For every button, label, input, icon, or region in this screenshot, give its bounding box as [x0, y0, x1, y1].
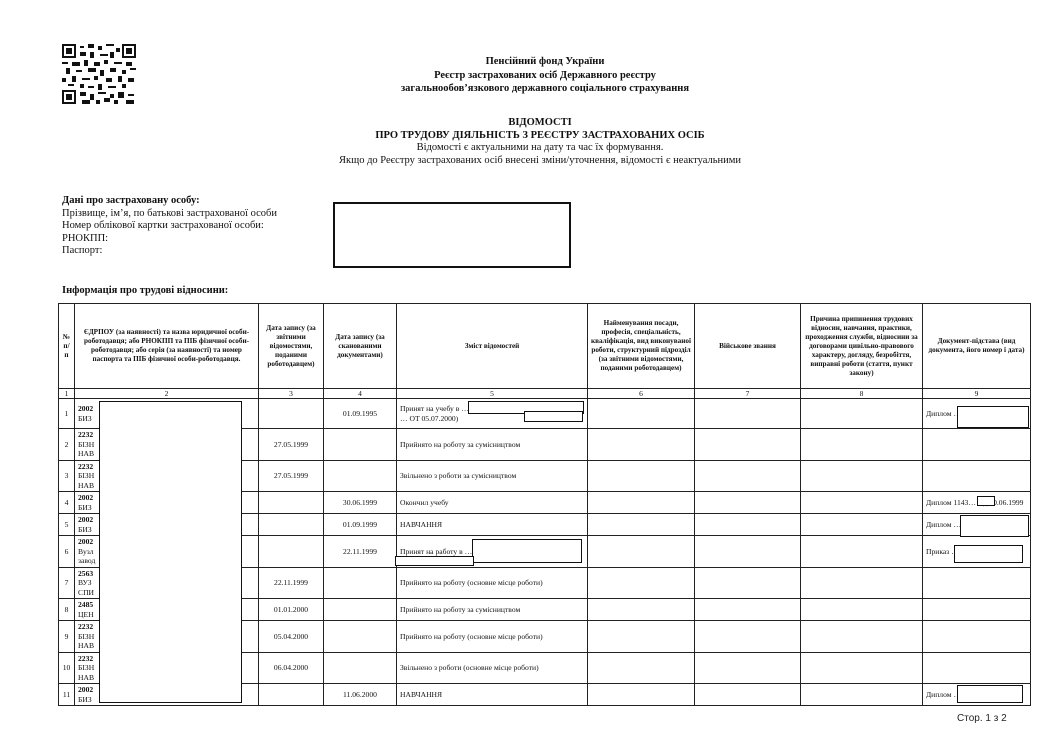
cell-position	[588, 567, 695, 599]
cell-basis-document	[923, 460, 1031, 492]
cell-date-scan	[324, 460, 397, 492]
cell-military-rank	[695, 492, 801, 514]
cell-position	[588, 652, 695, 684]
label-account-number: Номер облікової картки застрахованої осо…	[62, 220, 277, 233]
redaction-row5-doc	[960, 515, 1029, 537]
cell-content: НАВЧАННЯ	[397, 514, 588, 536]
redaction-row4-doc	[977, 496, 995, 506]
cell-number: 11	[59, 684, 75, 706]
cell-position	[588, 429, 695, 461]
col-header-termination-reason: Причина припинення трудових відносин, на…	[801, 304, 923, 389]
redaction-row1-doc	[957, 406, 1029, 428]
cell-position	[588, 621, 695, 653]
cell-termination-reason	[801, 652, 923, 684]
cell-military-rank	[695, 429, 801, 461]
cell-date-report: 27.05.1999	[259, 460, 324, 492]
cell-date-scan: 30.06.1999	[324, 492, 397, 514]
cell-number: 6	[59, 536, 75, 568]
page-number: Стор. 1 з 2	[957, 713, 1007, 724]
document-title: ВІДОМОСТІ	[250, 117, 830, 130]
cell-date-report: 06.04.2000	[259, 652, 324, 684]
cell-basis-document	[923, 429, 1031, 461]
document-subtitle: ПРО ТРУДОВУ ДІЯЛЬНІСТЬ З РЕЄСТРУ ЗАСТРАХ…	[250, 130, 830, 143]
col-num: 8	[801, 389, 923, 399]
org-line-3: загальнообов’язкового державного соціаль…	[300, 82, 790, 96]
cell-basis-document	[923, 652, 1031, 684]
cell-content: Прийнято на роботу за сумісництвом	[397, 429, 588, 461]
col-header-position: Найменування посади, професія, спеціальн…	[588, 304, 695, 389]
cell-military-rank	[695, 536, 801, 568]
redaction-row11-doc	[957, 685, 1023, 703]
cell-date-report	[259, 684, 324, 706]
cell-date-report	[259, 399, 324, 429]
cell-termination-reason	[801, 460, 923, 492]
cell-content: Прийнято на роботу за сумісництвом	[397, 599, 588, 621]
col-num: 6	[588, 389, 695, 399]
col-num: 7	[695, 389, 801, 399]
qr-code-icon	[62, 44, 136, 104]
cell-date-scan: 01.09.1999	[324, 514, 397, 536]
cell-basis-document	[923, 599, 1031, 621]
cell-military-rank	[695, 460, 801, 492]
cell-content: НАВЧАННЯ	[397, 684, 588, 706]
cell-content: Звільнено з роботи (основне місце роботи…	[397, 652, 588, 684]
cell-position	[588, 514, 695, 536]
label-tax-id: РНОКПП:	[62, 233, 277, 246]
cell-position	[588, 599, 695, 621]
cell-content: Звільнено з роботи за сумісництвом	[397, 460, 588, 492]
insured-person-heading: Дані про застраховану особу:	[62, 195, 277, 208]
cell-termination-reason	[801, 621, 923, 653]
cell-date-report: 01.01.2000	[259, 599, 324, 621]
table-header-row: № п/п ЄДРПОУ (за наявності) та назва юри…	[59, 304, 1031, 389]
cell-military-rank	[695, 621, 801, 653]
cell-number: 8	[59, 599, 75, 621]
cell-date-scan	[324, 429, 397, 461]
cell-termination-reason	[801, 514, 923, 536]
cell-position	[588, 492, 695, 514]
cell-position	[588, 399, 695, 429]
cell-termination-reason	[801, 536, 923, 568]
cell-position	[588, 536, 695, 568]
col-header-date-report: Дата запису (за звітними відомостями, по…	[259, 304, 324, 389]
col-header-date-scan: Дата запису (за сканованими документами)	[324, 304, 397, 389]
label-full-name: Прізвище, ім’я, по батькові застраховано…	[62, 208, 277, 221]
insured-person-section: Дані про застраховану особу: Прізвище, і…	[62, 195, 277, 258]
col-num: 9	[923, 389, 1031, 399]
cell-date-scan: 01.09.1995	[324, 399, 397, 429]
cell-number: 7	[59, 567, 75, 599]
cell-date-report	[259, 492, 324, 514]
col-header-basis-document: Документ-підстава (вид документа, його н…	[923, 304, 1031, 389]
cell-number: 10	[59, 652, 75, 684]
column-number-row: 1 2 3 4 5 6 7 8 9	[59, 389, 1031, 399]
cell-basis-document	[923, 621, 1031, 653]
cell-termination-reason	[801, 599, 923, 621]
cell-military-rank	[695, 514, 801, 536]
cell-number: 5	[59, 514, 75, 536]
redaction-employer-column	[99, 401, 242, 703]
cell-military-rank	[695, 599, 801, 621]
cell-date-scan: 11.06.2000	[324, 684, 397, 706]
col-header-military-rank: Військове звання	[695, 304, 801, 389]
cell-date-report	[259, 536, 324, 568]
col-num: 2	[75, 389, 259, 399]
cell-date-scan: 22.11.1999	[324, 536, 397, 568]
label-passport: Паспорт:	[62, 245, 277, 258]
redaction-row1-content-b	[524, 411, 583, 422]
cell-date-scan	[324, 599, 397, 621]
col-num: 4	[324, 389, 397, 399]
col-num: 5	[397, 389, 588, 399]
col-num: 3	[259, 389, 324, 399]
cell-basis-document	[923, 567, 1031, 599]
redaction-row6-doc	[954, 545, 1023, 563]
cell-content: Прийнято на роботу (основне місце роботи…	[397, 567, 588, 599]
cell-military-rank	[695, 399, 801, 429]
employment-heading: Інформація про трудові відносини:	[62, 285, 228, 296]
cell-position	[588, 460, 695, 492]
cell-military-rank	[695, 684, 801, 706]
cell-date-scan	[324, 652, 397, 684]
cell-date-report: 22.11.1999	[259, 567, 324, 599]
cell-number: 2	[59, 429, 75, 461]
organization-header: Пенсійний фонд України Реєстр застрахова…	[300, 55, 790, 96]
redaction-row6-content-b	[395, 556, 474, 566]
cell-date-scan	[324, 621, 397, 653]
cell-content: Прийнято на роботу (основне місце роботи…	[397, 621, 588, 653]
cell-date-report	[259, 514, 324, 536]
cell-termination-reason	[801, 492, 923, 514]
col-header-number: № п/п	[59, 304, 75, 389]
org-line-2: Реєстр застрахованих осіб Державного реє…	[300, 69, 790, 83]
cell-military-rank	[695, 652, 801, 684]
cell-position	[588, 684, 695, 706]
cell-number: 1	[59, 399, 75, 429]
cell-number: 9	[59, 621, 75, 653]
redacted-person-data	[333, 202, 571, 268]
document-title-block: ВІДОМОСТІ ПРО ТРУДОВУ ДІЯЛЬНІСТЬ З РЕЄСТ…	[250, 117, 830, 167]
cell-date-scan	[324, 567, 397, 599]
cell-date-report: 27.05.1999	[259, 429, 324, 461]
redaction-row6-content-a	[472, 539, 582, 563]
cell-number: 3	[59, 460, 75, 492]
cell-number: 4	[59, 492, 75, 514]
org-line-1: Пенсійний фонд України	[300, 55, 790, 69]
changes-note: Якщо до Реєстру застрахованих осіб внесе…	[250, 155, 830, 168]
cell-date-report: 05.04.2000	[259, 621, 324, 653]
cell-termination-reason	[801, 399, 923, 429]
cell-content: Окончил учебу	[397, 492, 588, 514]
col-num: 1	[59, 389, 75, 399]
cell-termination-reason	[801, 567, 923, 599]
cell-termination-reason	[801, 429, 923, 461]
actuality-note: Відомості є актуальними на дату та час ї…	[250, 142, 830, 155]
cell-termination-reason	[801, 684, 923, 706]
col-header-content: Зміст відомостей	[397, 304, 588, 389]
cell-military-rank	[695, 567, 801, 599]
col-header-employer: ЄДРПОУ (за наявності) та назва юридичної…	[75, 304, 259, 389]
